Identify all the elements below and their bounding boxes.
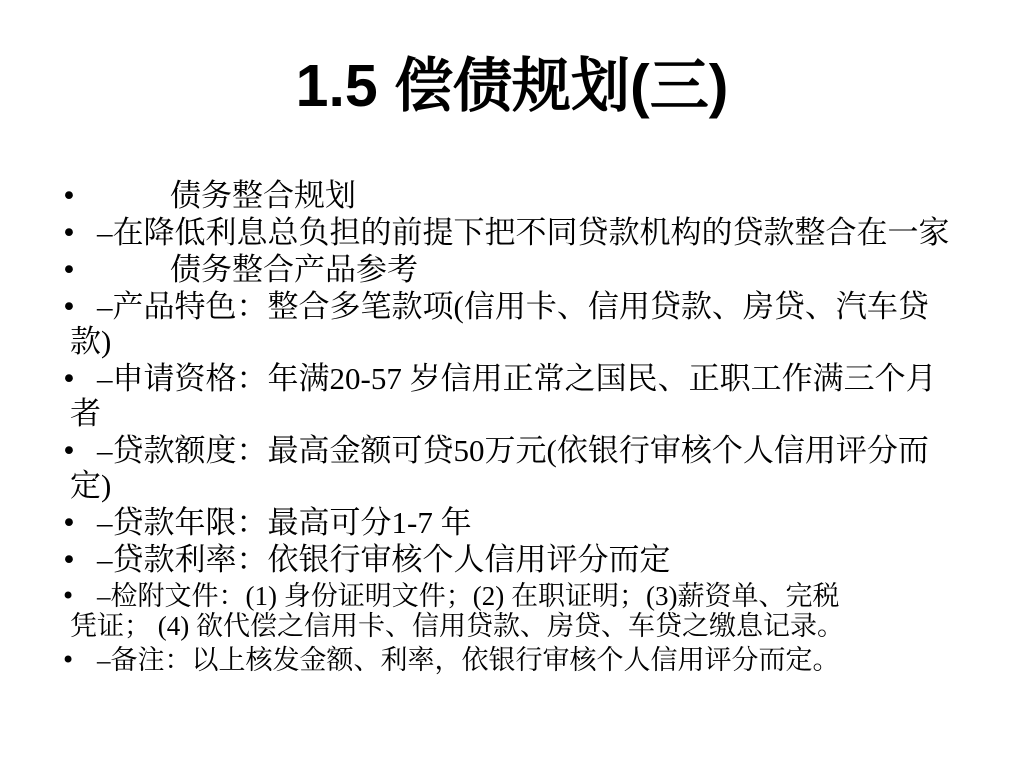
bullet-item-loan-amount: –贷款额度：最高金额可贷50万元(依银行审核个人信用评分而 定) — [70, 433, 975, 503]
bullet-item-product-features: –产品特色：整合多笔款项(信用卡、信用贷款、房贷、汽车贷 款) — [70, 289, 975, 359]
bullet-list: 债务整合规划 –在降低利息总负担的前提下把不同贷款机构的贷款整合在一家 债务整合… — [70, 178, 975, 677]
presentation-slide: 1.5 偿债规划(三) 债务整合规划 –在降低利息总负担的前提下把不同贷款机构的… — [0, 0, 1024, 768]
bullet-item-application-eligibility: –申请资格：年满20-57 岁信用正常之国民、正职工作满三个月 者 — [70, 361, 975, 431]
bullet-item-remarks: –备注：以上核发金额、利率，依银行审核个人信用评分而定。 — [70, 645, 975, 675]
bullet-item-product-reference: 债务整合产品参考 — [70, 252, 975, 287]
bullet-item-required-documents: –检附文件：(1) 身份证明文件；(2) 在职证明；(3)薪资单、完税 凭证； … — [70, 581, 975, 641]
slide-title: 1.5 偿债规划(三) — [0, 50, 1024, 122]
bullet-item-loan-rate: –贷款利率：依银行审核个人信用评分而定 — [70, 542, 975, 577]
bullet-item-debt-consolidation-plan: 债务整合规划 — [70, 178, 975, 213]
bullet-item-consolidation-description: –在降低利息总负担的前提下把不同贷款机构的贷款整合在一家 — [70, 215, 975, 250]
bullet-item-loan-term: –贷款年限：最高可分1-7 年 — [70, 505, 975, 540]
